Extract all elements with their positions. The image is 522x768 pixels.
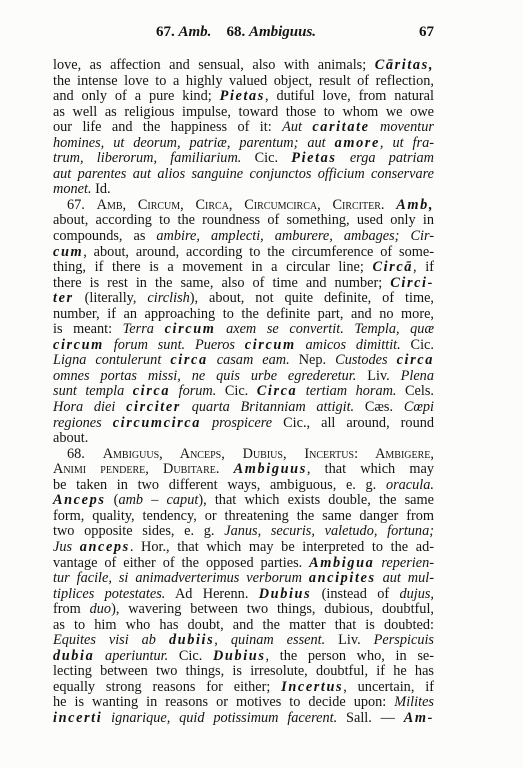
emphasized-term: circum <box>53 337 104 353</box>
latin-quotation: quarta Britanniam attigit. <box>181 399 354 415</box>
page-number: 67 <box>419 24 434 41</box>
text-run: Sall. — <box>337 710 404 726</box>
emphasized-term: anceps <box>80 539 130 555</box>
emphasized-term: Dubius <box>213 648 266 664</box>
text-run: ), about, not quite definite, of time, <box>190 290 434 306</box>
text-line: be taken in two different ways, ambiguou… <box>53 478 434 494</box>
text-line: compounds, as ambire, amplecti, amburere… <box>53 229 434 245</box>
emphasized-term: circa <box>397 352 434 368</box>
text-line: circum forum sunt. Pueros circum amicos … <box>53 338 434 354</box>
emphasized-term: dubiis <box>169 632 214 648</box>
section-word-ambiguus: Ambiguus. <box>249 24 316 40</box>
text-run: Id. <box>92 181 111 197</box>
text-line: about. <box>53 431 434 447</box>
text-run: , that which may <box>307 461 434 477</box>
text-run: lecting between two things, is irresolut… <box>53 663 434 679</box>
entry-headwords: Amb, Circum, Circa, Circumcirca, Circite… <box>97 197 385 213</box>
emphasized-term: Incertus <box>281 679 343 695</box>
text-run: (literally, <box>74 290 148 306</box>
text-line: aut parentes aut alios sanguine conjunct… <box>53 167 434 183</box>
emphasized-term: circa <box>170 352 207 368</box>
text-run: , if <box>413 259 434 275</box>
text-run: love, as affection and sensual, also wit… <box>53 57 375 73</box>
text-run: ( <box>106 492 119 508</box>
latin-quotation: homines, ut deorum, patriæ, parentum; au… <box>53 135 335 151</box>
text-line: vantage of either of the opposed parties… <box>53 556 434 572</box>
entry-headwords: Ambiguus, Anceps, Dubius, Incertus: Ambi… <box>103 446 434 462</box>
text-line: Anceps (amb – caput), that which exists … <box>53 493 434 509</box>
text-run: , about, around, according to the circum… <box>83 244 434 260</box>
text-line: tur facile, si animadverterimus verborum… <box>53 571 434 587</box>
latin-quotation: forum. <box>170 383 216 399</box>
text-run: compounds, as <box>53 228 156 244</box>
text-line: monet. Id. <box>53 182 434 198</box>
text-run: be taken in two different ways, ambiguou… <box>53 477 386 493</box>
emphasized-term: Pietas <box>291 150 336 166</box>
text-line: and only of a pure kind; Pietas, dutiful… <box>53 89 434 105</box>
text-line: there is rest in the same, also of time … <box>53 276 434 292</box>
emphasized-term: Cāritas, <box>375 57 434 73</box>
emphasized-term: Pietas <box>220 88 265 104</box>
latin-quotation: tertiam horam. <box>297 383 396 399</box>
text-run: as to him who has doubt, and the matter … <box>53 617 434 633</box>
text-run: from <box>53 601 90 617</box>
text-run <box>219 461 233 477</box>
text-line: trum, liberorum, familiarium. Cic. Pieta… <box>53 151 434 167</box>
emphasized-term: Dubius <box>259 586 312 602</box>
text-line: the intense love to a highly valued obje… <box>53 74 434 90</box>
text-run: , dutiful love, from natural <box>265 88 434 104</box>
text-line: lecting between two things, is irresolut… <box>53 664 434 680</box>
emphasized-term: ancipites <box>309 570 376 586</box>
text-line: as to him who has doubt, and the matter … <box>53 618 434 634</box>
latin-quotation: Custodes <box>335 352 396 368</box>
text-line: Hora diei circiter quarta Britanniam att… <box>53 400 434 416</box>
text-run: two opposite sides, e. g. <box>53 523 224 539</box>
text-line: cum, about, around, according to the cir… <box>53 245 434 261</box>
text-run: , uncertain, if <box>343 679 434 695</box>
text-line: ter (literally, circlish), about, not qu… <box>53 291 434 307</box>
emphasized-term: dubia <box>53 648 94 664</box>
text-run: number, if an approaching to the definit… <box>53 306 434 322</box>
text-line: sunt templa circa forum. Cic. Circa tert… <box>53 384 434 400</box>
text-run: Cic. <box>241 150 291 166</box>
text-run: Nep. <box>290 352 335 368</box>
latin-quotation: omnes portas missi, ne quis urbe egreder… <box>53 368 356 384</box>
latin-quotation: moventur <box>370 119 434 135</box>
latin-quotation: duo <box>90 601 111 617</box>
text-run: he is wanting in reasons or motives to d… <box>53 694 394 710</box>
latin-quotation: Equites visi ab <box>53 632 169 648</box>
text-line: thing, if there is a movement in a circu… <box>53 260 434 276</box>
text-run: 67. <box>67 197 97 213</box>
text-line: number, if an approaching to the definit… <box>53 307 434 323</box>
text-run: 68. <box>67 446 103 462</box>
latin-quotation: , ut fra- <box>380 135 434 151</box>
latin-quotation: reperien- <box>374 555 434 571</box>
emphasized-term: Circā <box>372 259 413 275</box>
latin-quotation: dujus, <box>399 586 434 602</box>
latin-quotation: sunt templa <box>53 383 133 399</box>
text-run: . Hor., that which may be interpreted to… <box>130 539 434 555</box>
text-run: form, quality, tendency, or threatening … <box>53 508 434 524</box>
text-run: Cic. <box>401 337 434 353</box>
text-line: Jus anceps. Hor., that which may be inte… <box>53 540 434 556</box>
latin-quotation: casam eam. <box>208 352 290 368</box>
emphasized-term: circum <box>245 337 296 353</box>
emphasized-term: caritate <box>312 119 369 135</box>
text-line: tiplices potestates. Ad Herenn. Dubius (… <box>53 587 434 603</box>
text-run: about. <box>53 430 88 446</box>
running-header: 67. Amb. 68. Ambiguus. 67 <box>53 24 434 44</box>
text-line: equally strong reasons for either; Incer… <box>53 680 434 696</box>
text-line: Animi pendere, Dubitare. Ambiguus, that … <box>53 462 434 478</box>
text-line: he is wanting in reasons or motives to d… <box>53 695 434 711</box>
text-run: our life and the happiness of it: <box>53 119 282 135</box>
latin-quotation: Ligna contulerunt <box>53 352 170 368</box>
latin-quotation: regiones <box>53 415 113 431</box>
emphasized-term: Ambigua <box>309 555 374 571</box>
text-run: is meant: <box>53 321 123 337</box>
text-line: form, quality, tendency, or threatening … <box>53 509 434 525</box>
text-line: about, according to the roundness of som… <box>53 213 434 229</box>
latin-quotation: circlish <box>147 290 189 306</box>
text-run: thing, if there is a movement in a circu… <box>53 259 372 275</box>
text-line: Equites visi ab dubiis, quinam essent. L… <box>53 633 434 649</box>
latin-quotation: aut parentes aut alios sanguine conjunct… <box>53 166 434 182</box>
text-line: omnes portas missi, ne quis urbe egreder… <box>53 369 434 385</box>
emphasized-term: circiter <box>126 399 181 415</box>
latin-quotation: trum, liberorum, familiarium. <box>53 150 241 166</box>
text-run: , the person who, in se- <box>266 648 435 664</box>
latin-quotation: tiplices potestates. <box>53 586 165 602</box>
text-line: Ligna contulerunt circa casam eam. Nep. … <box>53 353 434 369</box>
text-line: homines, ut deorum, patriæ, parentum; au… <box>53 136 434 152</box>
latin-quotation: ignarique, quid potissimum facerent. <box>102 710 337 726</box>
emphasized-term: Anceps <box>53 492 106 508</box>
latin-quotation: oracula. <box>386 477 434 493</box>
text-run: Cels. <box>397 383 434 399</box>
text-run: Cæs. <box>354 399 404 415</box>
latin-quotation: Perspicuis <box>374 632 434 648</box>
latin-quotation: ambire, amplecti, amburere, ambages; Cir… <box>156 228 434 244</box>
latin-quotation: Janus, securis, valetudo, fortuna; <box>224 523 434 539</box>
text-line: our life and the happiness of it: Aut ca… <box>53 120 434 136</box>
text-run: ), wavering between two things, dubious,… <box>111 601 434 617</box>
emphasized-term: ter <box>53 290 74 306</box>
text-line: dubia aperiuntur. Cic. Dubius, the perso… <box>53 649 434 665</box>
text-line: from duo), wavering between two things, … <box>53 602 434 618</box>
text-line: as well as religious impulse, toward tho… <box>53 105 434 121</box>
text-line: 68. Ambiguus, Anceps, Dubius, Incertus: … <box>53 447 434 463</box>
emphasized-term: Am- <box>404 710 434 726</box>
latin-quotation: tur facile, si animadverterimus verborum <box>53 570 309 586</box>
text-run: and only of a pure kind; <box>53 88 220 104</box>
emphasized-term: Circi- <box>390 275 434 291</box>
text-line: is meant: Terra circum axem se convertit… <box>53 322 434 338</box>
text-line: regiones circumcirca prospicere Cic., al… <box>53 416 434 432</box>
emphasized-term: incerti <box>53 710 102 726</box>
text-run: ), that which exists double, the same <box>198 492 434 508</box>
section-number-68: 68. <box>226 24 245 40</box>
emphasized-term: circum <box>165 321 216 337</box>
text-run: the intense love to a highly valued obje… <box>53 73 434 89</box>
latin-quotation: Plena <box>401 368 434 384</box>
text-run <box>384 197 396 213</box>
latin-quotation: aperiuntur. <box>94 648 168 664</box>
text-line: love, as affection and sensual, also wit… <box>53 58 434 74</box>
emphasized-term: Ambiguus <box>234 461 307 477</box>
latin-quotation: axem se convertit. Templa, quæ <box>215 321 434 337</box>
text-line: two opposite sides, e. g. Janus, securis… <box>53 524 434 540</box>
text-run: Liv. <box>325 632 373 648</box>
running-title: 67. Amb. 68. Ambiguus. <box>156 24 316 41</box>
text-run: Cic., all around, round <box>272 415 434 431</box>
latin-quotation: prospicere <box>201 415 272 431</box>
latin-quotation: forum sunt. Pueros <box>104 337 245 353</box>
emphasized-term: cum <box>53 244 83 260</box>
text-run: Liv. <box>356 368 400 384</box>
latin-quotation: monet. <box>53 181 92 197</box>
text-run: there is rest in the same, also of time … <box>53 275 390 291</box>
latin-quotation: Aut <box>282 119 312 135</box>
emphasized-term: Circa <box>257 383 298 399</box>
latin-quotation: amicos dimittit. <box>296 337 401 353</box>
entry-headwords: Animi pendere, Dubitare. <box>53 461 219 477</box>
latin-quotation: Jus <box>53 539 80 555</box>
latin-quotation: erga patriam <box>337 150 434 166</box>
latin-quotation: Terra <box>123 321 165 337</box>
text-line: incerti ignarique, quid potissimum facer… <box>53 711 434 727</box>
text-run: Ad Herenn. <box>165 586 258 602</box>
text-run: equally strong reasons for either; <box>53 679 281 695</box>
text-run: about, according to the roundness of som… <box>53 212 434 228</box>
latin-quotation: aut mul- <box>376 570 434 586</box>
text-run: Cic. <box>216 383 256 399</box>
latin-quotation: Cœpi <box>404 399 434 415</box>
text-run: vantage of either of the opposed parties… <box>53 555 309 571</box>
latin-quotation: Hora diei <box>53 399 126 415</box>
page-body-text: love, as affection and sensual, also wit… <box>53 58 434 727</box>
emphasized-term: circumcirca <box>113 415 201 431</box>
emphasized-term: circa <box>133 383 170 399</box>
latin-quotation: , quinam essent. <box>214 632 325 648</box>
emphasized-term: Amb, <box>396 197 434 213</box>
emphasized-term: amore <box>335 135 380 151</box>
text-run: as well as religious impulse, toward tho… <box>53 104 434 120</box>
section-word-amb: Amb. <box>179 24 212 40</box>
latin-quotation: Milites <box>394 694 434 710</box>
text-run: (instead of <box>311 586 399 602</box>
section-number-67: 67. <box>156 24 175 40</box>
latin-quotation: amb – caput <box>118 492 198 508</box>
text-run: Cic. <box>168 648 213 664</box>
text-line: 67. Amb, Circum, Circa, Circumcirca, Cir… <box>53 198 434 214</box>
